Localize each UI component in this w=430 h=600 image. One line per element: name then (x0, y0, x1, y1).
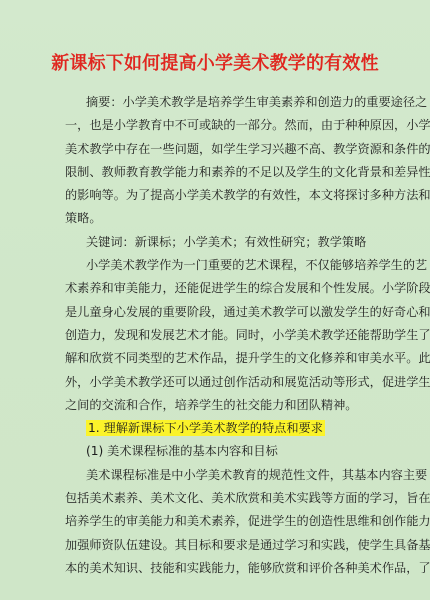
text-line: 小学美术教学作为一门重要的艺术课程，不仅能够培养学生的艺 (65, 254, 365, 277)
text-line: 术素养和审美能力，还能促进学生的综合发展和个性发展。小学阶段 (65, 277, 365, 300)
subsection-heading-paragraph: (1) 美术课程标准的基本内容和目标 (65, 440, 365, 463)
section-heading-line: 1. 理解新课标下小学美术教学的特点和要求 (65, 417, 365, 440)
keywords-line: 关键词：新课标；小学美术；有效性研究；教学策略 (65, 231, 365, 254)
text-line: 摘要：小学美术教学是培养学生审美素养和创造力的重要途径之 (65, 91, 365, 114)
abstract-paragraph: 摘要：小学美术教学是培养学生审美素养和创造力的重要途径之 一，也是小学教育中不可… (65, 91, 365, 231)
text-line: 外，小学美术教学还可以通过创作活动和展览活动等形式，促进学生 (65, 371, 365, 394)
section-heading-paragraph: 1. 理解新课标下小学美术教学的特点和要求 (65, 417, 365, 440)
text-line: 包括美术素养、美术文化、美术欣赏和美术实践等方面的学习，旨在 (65, 487, 365, 510)
text-line: 一，也是小学教育中不可或缺的一部分。然而，由于种种原因，小学 (65, 114, 365, 137)
text-line: 限制、教师教育教学能力和素养的不足以及学生的文化背景和差异性 (65, 161, 365, 184)
text-line: 美术教学中存在一些问题，如学生学习兴趣不高、教学资源和条件的 (65, 138, 365, 161)
text-line: 的影响等。为了提高小学美术教学的有效性，本文将探讨多种方法和 (65, 184, 365, 207)
keywords-paragraph: 关键词：新课标；小学美术；有效性研究；教学策略 (65, 231, 365, 254)
text-line: 解和欣赏不同类型的艺术作品，提升学生的文化修养和审美水平。此 (65, 347, 365, 370)
text-line: 之间的交流和合作，培养学生的社交能力和团队精神。 (65, 394, 365, 417)
section-body-paragraph: 美术课程标准是中小学美术教育的规范性文件，其基本内容主要 包括美术素养、美术文化… (65, 464, 365, 580)
intro-paragraph: 小学美术教学作为一门重要的艺术课程，不仅能够培养学生的艺 术素养和审美能力，还能… (65, 254, 365, 417)
section-heading: 1. 理解新课标下小学美术教学的特点和要求 (86, 420, 325, 436)
text-line: 创造力，发现和发展艺术才能。同时，小学美术教学还能帮助学生了 (65, 324, 365, 347)
text-line: 加强师资队伍建设。其目标和要求是通过学习和实践，使学生具备基 (65, 534, 365, 557)
document-body: 摘要：小学美术教学是培养学生审美素养和创造力的重要途径之 一，也是小学教育中不可… (65, 91, 365, 580)
document-title: 新课标下如何提高小学美术教学的有效性 (0, 53, 430, 75)
subsection-heading: (1) 美术课程标准的基本内容和目标 (65, 440, 365, 463)
text-line: 是儿童身心发展的重要阶段，通过美术教学可以激发学生的好奇心和 (65, 301, 365, 324)
text-line: 培养学生的审美能力和美术素养，促进学生的创造性思维和创作能力， (65, 510, 365, 533)
text-line: 本的美术知识、技能和实践能力，能够欣赏和评价各种美术作品，了 (65, 557, 365, 580)
text-line: 美术课程标准是中小学美术教育的规范性文件，其基本内容主要 (65, 464, 365, 487)
document-page: 新课标下如何提高小学美术教学的有效性 摘要：小学美术教学是培养学生审美素养和创造… (0, 0, 430, 600)
text-line: 策略。 (65, 207, 365, 230)
